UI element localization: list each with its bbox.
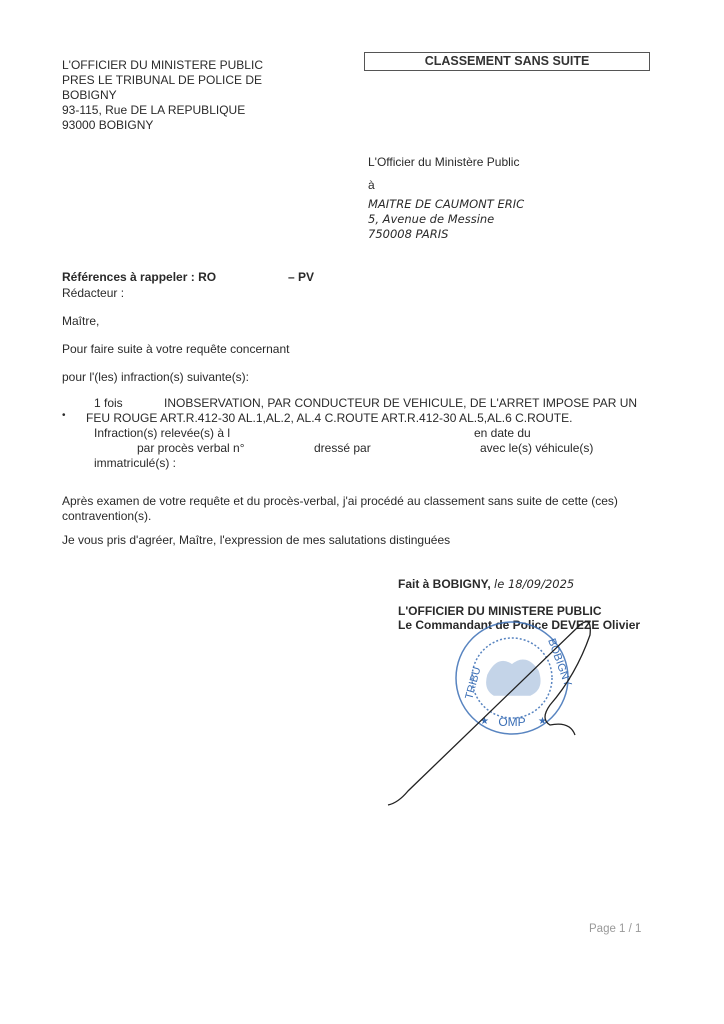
infraction-pv: par procès verbal n° bbox=[137, 441, 245, 456]
infractions-label: pour l'(les) infraction(s) suivante(s): bbox=[62, 370, 249, 384]
closing: Je vous pris d'agréer, Maître, l'express… bbox=[62, 533, 450, 547]
sender-line: 93-115, Rue DE LA REPUBLIQUE bbox=[62, 103, 263, 118]
bullet-icon: • bbox=[62, 410, 66, 421]
sender-line: L'OFFICIER DU MINISTERE PUBLIC bbox=[62, 58, 263, 73]
signatory-title: L'OFFICIER DU MINISTERE PUBLIC bbox=[398, 604, 602, 618]
from-label: L'Officier du Ministère Public bbox=[368, 155, 519, 169]
conclusion: Après examen de votre requête et du proc… bbox=[62, 494, 618, 524]
place: Fait à BOBIGNY, bbox=[398, 577, 491, 591]
infraction-dresse: dressé par bbox=[314, 441, 371, 456]
references-pv: – PV bbox=[288, 270, 314, 284]
svg-text:OMP: OMP bbox=[498, 715, 525, 729]
infraction-count: 1 fois bbox=[94, 396, 123, 411]
infraction-description-1: INOBSERVATION, PAR CONDUCTEUR DE VEHICUL… bbox=[164, 396, 637, 411]
sender-address: L'OFFICIER DU MINISTERE PUBLIC PRES LE T… bbox=[62, 58, 263, 133]
sender-line: BOBIGNY bbox=[62, 88, 263, 103]
references: Références à rappeler : RO bbox=[62, 270, 216, 284]
infraction-releve: Infraction(s) relevée(s) à l bbox=[94, 426, 230, 441]
conclusion-line: contravention(s). bbox=[62, 509, 618, 524]
salutation: Maître, bbox=[62, 314, 99, 328]
infraction-block: 1 fois INOBSERVATION, PAR CONDUCTEUR DE … bbox=[94, 396, 694, 476]
infraction-immatricule: immatriculé(s) : bbox=[94, 456, 176, 471]
document-title: CLASSEMENT SANS SUITE bbox=[364, 52, 650, 71]
recipient-address: MAITRE DE CAUMONT ERIC 5, Avenue de Mess… bbox=[368, 197, 524, 242]
infraction-date: en date du bbox=[474, 426, 531, 441]
conclusion-line: Après examen de votre requête et du proc… bbox=[62, 494, 618, 509]
infraction-vehicule: avec le(s) véhicule(s) bbox=[480, 441, 593, 456]
intro-text: Pour faire suite à votre requête concern… bbox=[62, 342, 289, 356]
sender-line: 93000 BOBIGNY bbox=[62, 118, 263, 133]
svg-text:TRIBU: TRIBU bbox=[463, 666, 483, 701]
official-stamp-icon: OMP ★ ★ TRIBU BOBIGNY bbox=[380, 620, 620, 820]
place-date: Fait à BOBIGNY, le 18/09/2025 bbox=[398, 577, 574, 591]
date: le 18/09/2025 bbox=[494, 577, 574, 591]
redacteur: Rédacteur : bbox=[62, 286, 124, 300]
page-number: Page 1 / 1 bbox=[589, 923, 641, 935]
recipient-name: MAITRE DE CAUMONT ERIC bbox=[368, 197, 524, 212]
recipient-street: 5, Avenue de Messine bbox=[368, 212, 524, 227]
infraction-description-2: FEU ROUGE ART.R.412-30 AL.1,AL.2, AL.4 C… bbox=[86, 411, 572, 426]
recipient-city: 750008 PARIS bbox=[368, 227, 524, 242]
to-label: à bbox=[368, 178, 375, 192]
sender-line: PRES LE TRIBUNAL DE POLICE DE bbox=[62, 73, 263, 88]
